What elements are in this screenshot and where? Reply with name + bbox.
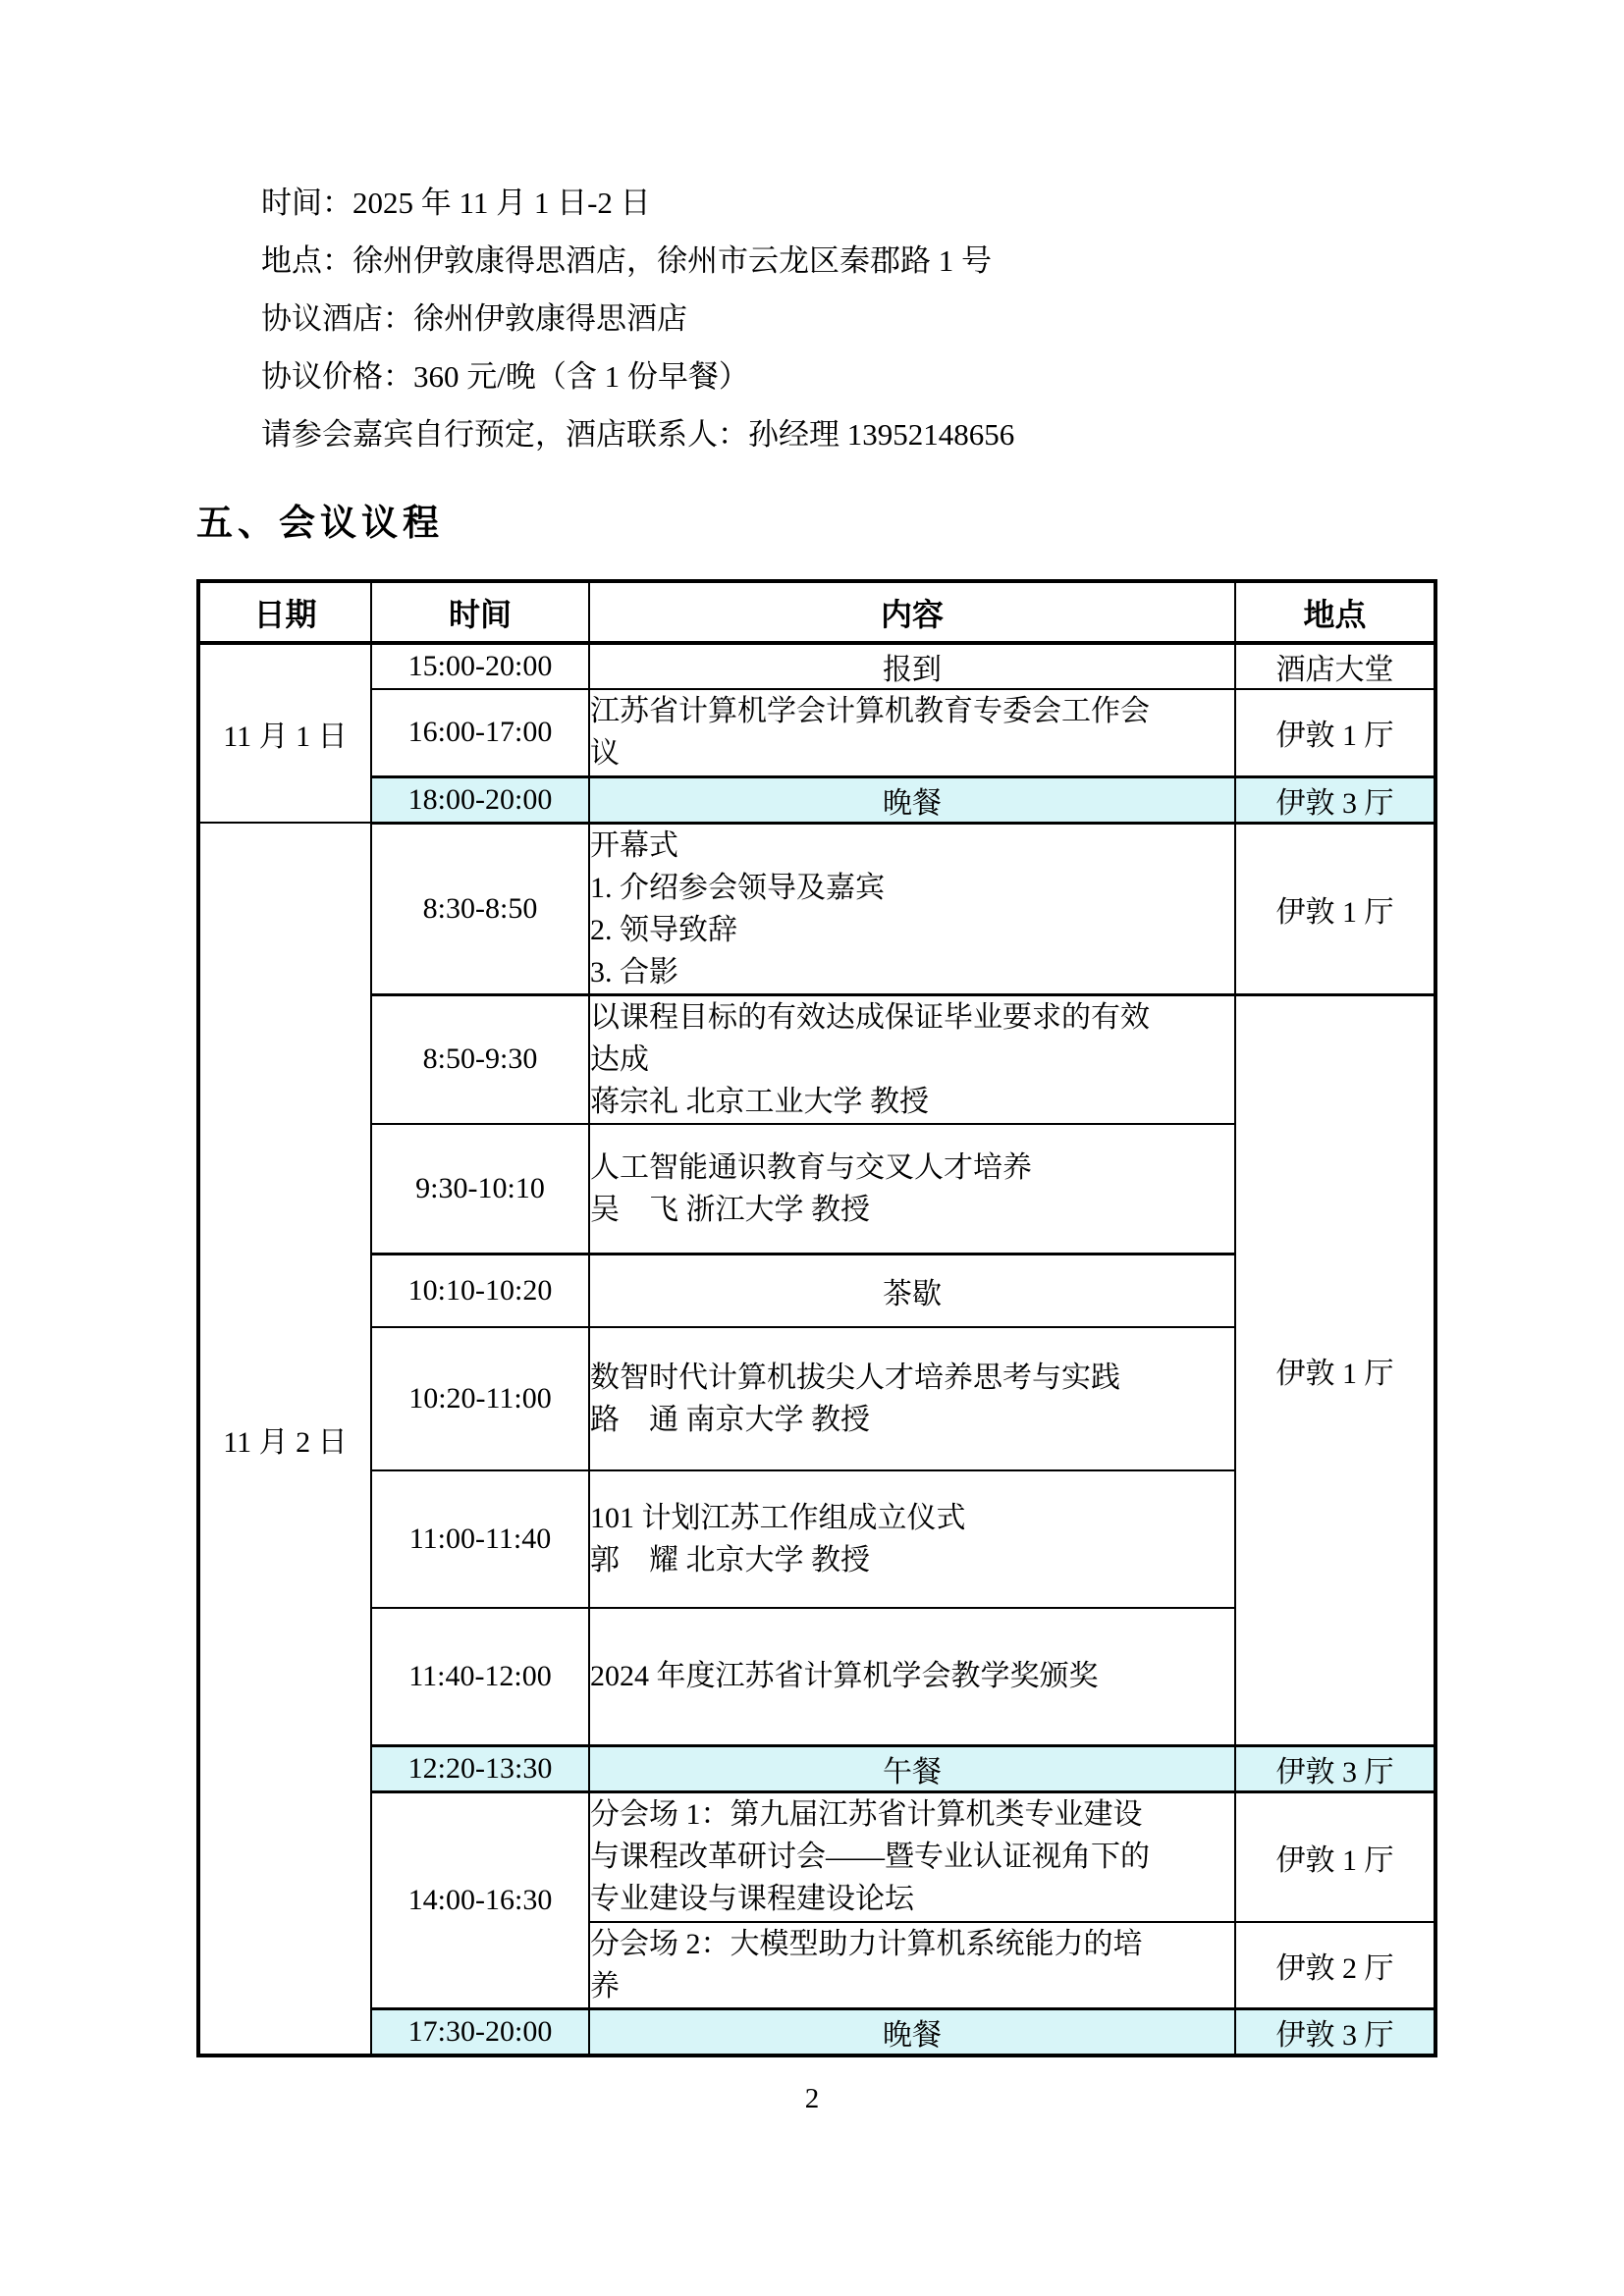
header-time: 时间 bbox=[371, 581, 589, 643]
content-line: 达成 bbox=[590, 1039, 1234, 1081]
location-cell: 伊敦 3 厅 bbox=[1235, 1745, 1435, 1791]
content-line: 以课程目标的有效达成保证毕业要求的有效 bbox=[590, 996, 1234, 1039]
location-cell: 伊敦 3 厅 bbox=[1235, 776, 1435, 823]
content-line: 2024 年度江苏省计算机学会教学奖颁奖 bbox=[590, 1655, 1234, 1697]
content-cell: 报到 bbox=[589, 643, 1235, 689]
row-committee-meeting: 16:00-17:00 江苏省计算机学会计算机教育专委会工作会 议 伊敦 1 厅 bbox=[198, 689, 1435, 776]
content-line: 蒋宗礼 北京工业大学 教授 bbox=[590, 1081, 1234, 1123]
content-cell: 人工智能通识教育与交叉人才培养 吴 飞 浙江大学 教授 bbox=[589, 1124, 1235, 1254]
location-cell: 伊敦 1 厅 bbox=[1235, 689, 1435, 776]
content-line: 101 计划江苏工作组成立仪式 bbox=[590, 1497, 1234, 1539]
content-cell: 数智时代计算机拔尖人才培养思考与实践 路 通 南京大学 教授 bbox=[589, 1327, 1235, 1470]
info-line-contact: 请参会嘉宾自行预定，酒店联系人：孙经理 13952148656 bbox=[261, 418, 1014, 451]
time-cell: 9:30-10:10 bbox=[371, 1124, 589, 1254]
content-line: 吴 飞 浙江大学 教授 bbox=[590, 1189, 1234, 1231]
page-number: 2 bbox=[0, 2083, 1624, 2115]
location-cell-morning: 伊敦 1 厅 bbox=[1235, 994, 1435, 1745]
info-line-hotel: 协议酒店：徐州伊敦康得思酒店 bbox=[261, 302, 1014, 335]
content-cell: 开幕式 1. 介绍参会领导及嘉宾 2. 领导致辞 3. 合影 bbox=[589, 823, 1235, 994]
content-cell: 午餐 bbox=[589, 1745, 1235, 1791]
content-cell: 晚餐 bbox=[589, 776, 1235, 823]
row-dinner-day1: 18:00-20:00 晚餐 伊敦 3 厅 bbox=[198, 776, 1435, 823]
time-cell: 16:00-17:00 bbox=[371, 689, 589, 776]
row-talk-jiang: 8:50-9:30 以课程目标的有效达成保证毕业要求的有效 达成 蒋宗礼 北京工… bbox=[198, 994, 1435, 1124]
document-page: 时间：2025 年 11 月 1 日-2 日 地点：徐州伊敦康得思酒店，徐州市云… bbox=[0, 0, 1624, 2296]
location-cell: 伊敦 3 厅 bbox=[1235, 2009, 1435, 2056]
date-cell-day2: 11 月 2 日 bbox=[198, 823, 371, 2056]
content-line: 养 bbox=[590, 1965, 1234, 2007]
content-line: 议 bbox=[590, 732, 1234, 774]
header-date: 日期 bbox=[198, 581, 371, 643]
content-cell: 江苏省计算机学会计算机教育专委会工作会 议 bbox=[589, 689, 1235, 776]
content-line: 人工智能通识教育与交叉人才培养 bbox=[590, 1147, 1234, 1189]
content-line: 分会场 2：大模型助力计算机系统能力的培 bbox=[590, 1923, 1234, 1965]
time-cell: 8:50-9:30 bbox=[371, 994, 589, 1124]
header-location: 地点 bbox=[1235, 581, 1435, 643]
location-cell: 伊敦 1 厅 bbox=[1235, 1791, 1435, 1922]
event-info-block: 时间：2025 年 11 月 1 日-2 日 地点：徐州伊敦康得思酒店，徐州市云… bbox=[261, 187, 1014, 476]
time-cell: 11:40-12:00 bbox=[371, 1608, 589, 1745]
time-cell: 15:00-20:00 bbox=[371, 643, 589, 689]
content-cell: 101 计划江苏工作组成立仪式 郭 耀 北京大学 教授 bbox=[589, 1470, 1235, 1608]
content-cell: 分会场 2：大模型助力计算机系统能力的培 养 bbox=[589, 1922, 1235, 2009]
time-cell: 10:20-11:00 bbox=[371, 1327, 589, 1470]
content-line: 分会场 1：第九届江苏省计算机类专业建设 bbox=[590, 1793, 1234, 1836]
content-line: 路 通 南京大学 教授 bbox=[590, 1399, 1234, 1441]
row-registration: 11 月 1 日 15:00-20:00 报到 酒店大堂 bbox=[198, 643, 1435, 689]
info-line-price: 协议价格：360 元/晚（含 1 份早餐） bbox=[261, 360, 1014, 393]
content-line: 江苏省计算机学会计算机教育专委会工作会 bbox=[590, 690, 1234, 732]
content-cell: 晚餐 bbox=[589, 2009, 1235, 2056]
row-dinner-day2: 17:30-20:00 晚餐 伊敦 3 厅 bbox=[198, 2009, 1435, 2056]
location-cell: 酒店大堂 bbox=[1235, 643, 1435, 689]
table-header-row: 日期 时间 内容 地点 bbox=[198, 581, 1435, 643]
content-line: 数智时代计算机拔尖人才培养思考与实践 bbox=[590, 1357, 1234, 1399]
location-cell: 伊敦 1 厅 bbox=[1235, 823, 1435, 994]
location-cell: 伊敦 2 厅 bbox=[1235, 1922, 1435, 2009]
row-opening-ceremony: 11 月 2 日 8:30-8:50 开幕式 1. 介绍参会领导及嘉宾 2. 领… bbox=[198, 823, 1435, 994]
header-content: 内容 bbox=[589, 581, 1235, 643]
content-cell: 以课程目标的有效达成保证毕业要求的有效 达成 蒋宗礼 北京工业大学 教授 bbox=[589, 994, 1235, 1124]
content-line: 郭 耀 北京大学 教授 bbox=[590, 1539, 1234, 1581]
info-line-venue: 地点：徐州伊敦康得思酒店，徐州市云龙区秦郡路 1 号 bbox=[261, 244, 1014, 277]
content-line: 1. 介绍参会领导及嘉宾 bbox=[590, 867, 1234, 909]
time-cell: 11:00-11:40 bbox=[371, 1470, 589, 1608]
time-cell: 10:10-10:20 bbox=[371, 1254, 589, 1327]
content-cell: 2024 年度江苏省计算机学会教学奖颁奖 bbox=[589, 1608, 1235, 1745]
time-cell: 18:00-20:00 bbox=[371, 776, 589, 823]
content-cell: 分会场 1：第九届江苏省计算机类专业建设 与课程改革研讨会——暨专业认证视角下的… bbox=[589, 1791, 1235, 1922]
row-lunch: 12:20-13:30 午餐 伊敦 3 厅 bbox=[198, 1745, 1435, 1791]
content-line: 开幕式 bbox=[590, 825, 1234, 867]
section-title: 五、会议议程 bbox=[196, 493, 444, 546]
info-line-time: 时间：2025 年 11 月 1 日-2 日 bbox=[261, 187, 1014, 219]
content-line: 3. 合影 bbox=[590, 951, 1234, 993]
agenda-table: 日期 时间 内容 地点 11 月 1 日 15:00-20:00 报到 酒店大堂… bbox=[196, 579, 1437, 2057]
time-cell: 12:20-13:30 bbox=[371, 1745, 589, 1791]
row-session1: 14:00-16:30 分会场 1：第九届江苏省计算机类专业建设 与课程改革研讨… bbox=[198, 1791, 1435, 1922]
content-cell: 茶歇 bbox=[589, 1254, 1235, 1327]
time-cell: 8:30-8:50 bbox=[371, 823, 589, 994]
content-line: 专业建设与课程建设论坛 bbox=[590, 1878, 1234, 1920]
content-line: 与课程改革研讨会——暨专业认证视角下的 bbox=[590, 1836, 1234, 1878]
content-line: 2. 领导致辞 bbox=[590, 909, 1234, 951]
time-cell: 17:30-20:00 bbox=[371, 2009, 589, 2056]
time-cell-afternoon: 14:00-16:30 bbox=[371, 1791, 589, 2009]
date-cell-day1: 11 月 1 日 bbox=[198, 643, 371, 823]
